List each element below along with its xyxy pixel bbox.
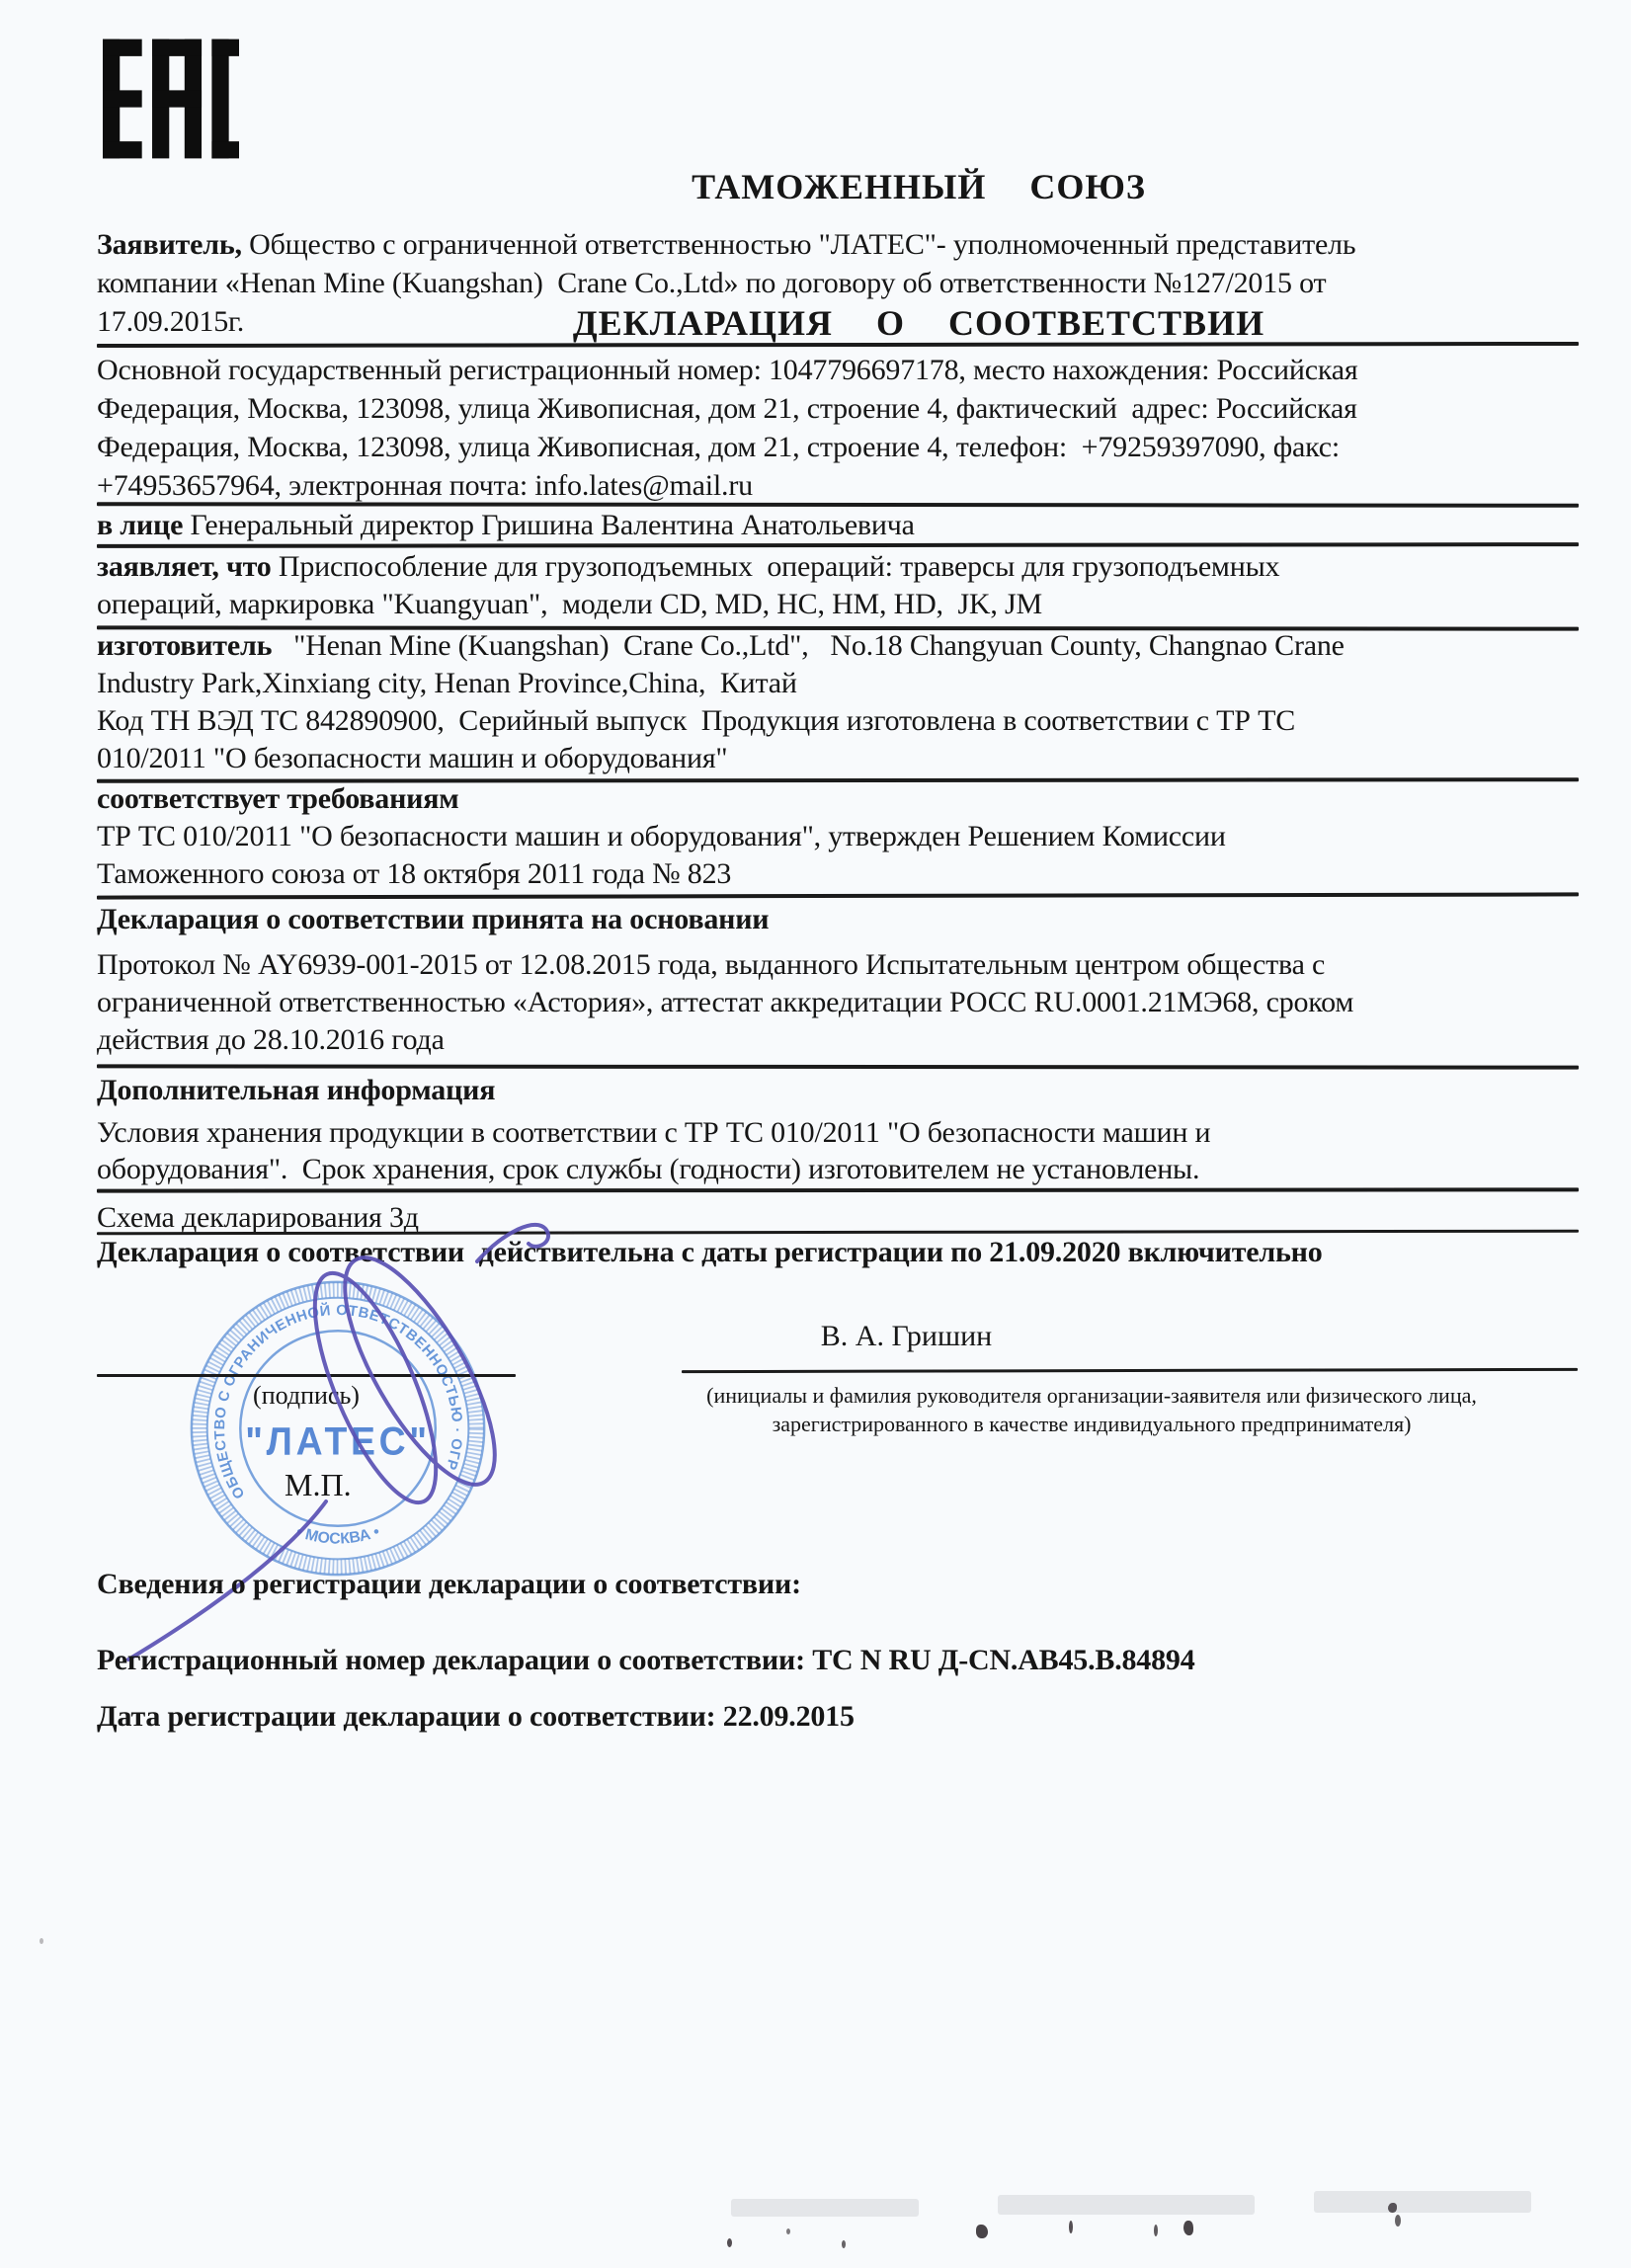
section-ogrn: Основной государственный регистрационный… <box>97 351 1584 505</box>
scan-speck <box>1395 2215 1401 2227</box>
in-person-label: в лице <box>97 509 183 541</box>
section-additional-text: Условия хранения продукции в соответстви… <box>97 1114 1584 1187</box>
signature-line-right <box>682 1368 1578 1373</box>
section-declares: заявляет, что Приспособление для грузопо… <box>97 548 1584 623</box>
scan-speck <box>786 2228 790 2234</box>
scan-speck <box>976 2225 988 2238</box>
scan-smudge <box>731 2199 919 2217</box>
scan-smudge <box>998 2195 1255 2215</box>
scan-speck <box>1154 2225 1158 2236</box>
eac-logo-icon <box>103 38 239 160</box>
registration-header: Сведения о регистрации декларации о соот… <box>97 1566 1584 1603</box>
scan-smudge <box>1314 2191 1531 2213</box>
applicant-label: Заявитель, <box>97 228 242 261</box>
applicant-text: Общество с ограниченной ответственностью… <box>97 228 1355 338</box>
scan-speck <box>1183 2221 1193 2235</box>
declaration-document-page: ТАМОЖЕННЫЙ СОЮЗ ДЕКЛАРАЦИЯ О СООТВЕТСТВИ… <box>0 0 1631 2268</box>
stamp-center-text: "ЛАТЕС" <box>245 1420 431 1464</box>
stamp-place-label: М.П. <box>285 1466 352 1503</box>
section-additional-heading: Дополнительная информация <box>97 1072 1584 1109</box>
scan-speck <box>40 1938 43 1944</box>
ogrn-text: Основной государственный регистрационный… <box>97 354 1358 502</box>
scan-speck <box>842 2240 846 2248</box>
section-manufacturer: изготовитель "Henan Mine (Kuangshan) Cra… <box>97 627 1584 777</box>
company-stamp: ОБЩЕСТВО С ОГРАНИЧЕННОЙ ОТВЕТСТВЕННОСТЬЮ… <box>184 1274 496 1586</box>
section-in-person: в лице Генеральный директор Гришина Вале… <box>97 506 1584 545</box>
declares-text: Приспособление для грузоподъемных операц… <box>97 550 1279 620</box>
in-person-text: Генеральный директор Гришина Валентина А… <box>183 509 915 541</box>
signature-caption: (подпись) <box>97 1380 516 1412</box>
section-applicant: Заявитель, Общество с ограниченной ответ… <box>97 225 1584 341</box>
manufacturer-label: изготовитель <box>97 629 272 662</box>
divider-rule <box>97 892 1579 899</box>
section-complies-heading: соответствует требованиям <box>97 780 1584 818</box>
title-line-1: ТАМОЖЕННЫЙ СОЮЗ <box>346 164 1492 209</box>
declares-label: заявляет, что <box>97 550 272 583</box>
section-complies-text: ТР ТС 010/2011 "О безопасности машин и о… <box>97 818 1584 893</box>
registration-date: Дата регистрации декларации о соответств… <box>97 1698 1584 1736</box>
head-name: В. А. Гришин <box>682 1318 1131 1355</box>
section-basis-heading: Декларация о соответствии принята на осн… <box>97 901 1584 938</box>
head-name-caption: (инициалы и фамилия руководителя организ… <box>593 1381 1590 1438</box>
registration-number: Регистрационный номер декларации о соотв… <box>97 1642 1584 1679</box>
section-basis-text: Протокол № AY6939-001-2015 от 12.08.2015… <box>97 946 1584 1059</box>
section-validity: Декларация о соответствии действительна … <box>97 1234 1584 1271</box>
scan-speck <box>1069 2221 1073 2233</box>
signature-line-left <box>97 1374 516 1377</box>
divider-rule <box>97 1064 1579 1069</box>
manufacturer-text: "Henan Mine (Kuangshan) Crane Co.,Ltd", … <box>97 629 1345 774</box>
divider-rule <box>97 1187 1579 1192</box>
scan-speck <box>727 2238 732 2247</box>
